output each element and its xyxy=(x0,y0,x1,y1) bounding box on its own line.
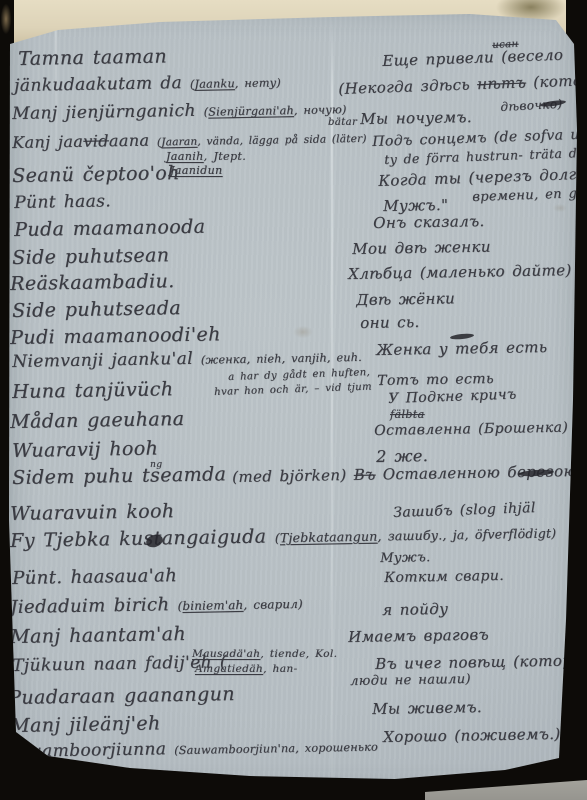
manuscript-line: Хлѣбца (маленько дайте) xyxy=(348,261,572,283)
manuscript-line: Wuaravij hooh xyxy=(12,437,158,462)
manuscript-line: Jaanih, Jtept. xyxy=(166,150,246,163)
text-run: Sidem puhu tseamda xyxy=(12,463,226,489)
manuscript-line: Мы живемъ. xyxy=(372,698,482,718)
text-run: Kanj jaa xyxy=(12,132,83,152)
text-run: , сварил) xyxy=(243,597,303,612)
text-run: Puda maamanooda xyxy=(14,216,206,241)
manuscript-page: NTamna taamanисанЕще привели (веселоjänk… xyxy=(0,0,587,800)
text-run: У Подкне кричъ xyxy=(388,387,517,407)
manuscript-line: люди не нашли) xyxy=(350,672,471,689)
binding-spot xyxy=(0,2,12,36)
manuscript-line: fälbta xyxy=(390,408,425,421)
manuscript-line: Kanj jaavidaana (Jaaran, vända, lägga på… xyxy=(12,127,367,152)
text-run: , tiende, Kol. xyxy=(260,648,337,660)
text-run: Jaaran xyxy=(161,136,197,149)
manuscript-line: Sidem puhu tseamda xyxy=(12,463,226,489)
text-run: Мы ночуемъ. xyxy=(360,108,472,128)
manuscript-line: Mådan gaeuhana xyxy=(10,408,185,433)
manuscript-line: jänkudaakutam da (Jaanku, нету) xyxy=(14,71,281,96)
text-run: (Некогда здѣсь xyxy=(338,75,477,98)
text-run: (которые xyxy=(526,70,587,91)
text-run: (med björken) xyxy=(232,466,354,486)
text-run: Niemvanji jaanku'al xyxy=(12,349,201,372)
text-run: Sienjürgani'ah xyxy=(208,104,294,118)
text-run: hvar hon och är, – vid tjum xyxy=(214,381,372,397)
text-run: , нету) xyxy=(235,76,281,90)
manuscript-line: Мужъ. xyxy=(380,550,431,566)
manuscript-line: Pudi maamanoodi'eh xyxy=(10,323,221,349)
text-run: Въ xyxy=(354,465,376,483)
manuscript-line: Wuaravuin kooh xyxy=(10,500,175,525)
manuscript-line: a har dy gådt en huften, xyxy=(228,367,370,383)
text-run: Manj haantam'ah xyxy=(10,623,186,648)
text-run: Мои двѣ женки xyxy=(352,238,491,258)
text-run: Tjebkataangun xyxy=(280,529,378,546)
manuscript-line: Tamna taaman xyxy=(18,45,167,70)
manuscript-line: Side puhutseada xyxy=(12,297,181,322)
manuscript-line: Онъ сказалъ. xyxy=(373,212,485,232)
text-run: Оставленна (Брошенка) Берёза. xyxy=(374,418,587,439)
text-run: люди не нашли) xyxy=(350,672,471,689)
photo-frame: NTamna taamanисанЕще привели (веселоjänk… xyxy=(0,0,587,800)
text-run: a har dy gådt en huften, xyxy=(228,367,370,383)
manuscript-line: Amgatiedäh, han- xyxy=(195,663,297,675)
text-run: 2 же. xyxy=(376,446,428,466)
text-run: Jiedaduim birich xyxy=(10,594,178,618)
text-run: jänkudaakutam da xyxy=(14,73,190,96)
manuscript-line: Niemvanji jaanku'al (женка, nieh, vanjih… xyxy=(12,346,362,372)
text-run: Хлѣбца (маленько дайте) xyxy=(348,261,572,283)
text-run: aana xyxy=(109,130,157,150)
manuscript-line: Reäskaambadiu. xyxy=(10,270,175,295)
text-run: Pudi maamanoodi'eh xyxy=(10,323,221,349)
text-run: fälbta xyxy=(390,408,425,421)
text-run: Jaanih xyxy=(166,150,204,163)
manuscript-line: Puadaraan gaanangun xyxy=(8,683,235,709)
manuscript-line: я пойду xyxy=(382,600,448,619)
manuscript-line: Mausadä'ah, tiende, Kol. xyxy=(192,648,337,660)
text-run: , han- xyxy=(263,663,297,675)
manuscript-line: Sauamboorjiunna (Sauwamboorjiun'na, хоро… xyxy=(8,736,378,762)
text-run: Мужъ. xyxy=(380,550,431,566)
manuscript-line: Мои двѣ женки xyxy=(352,238,491,258)
text-run: Имаемъ враговъ xyxy=(348,626,489,646)
manuscript-line: Зашибъ (slog ihjäl xyxy=(393,500,536,521)
text-run: biniem'ah xyxy=(182,598,243,613)
text-run: Котким свари. xyxy=(384,568,504,586)
text-run: (Sauwamboorjiun'na, хорошенько xyxy=(174,741,378,758)
text-run: , зашибу., ja, öfverflödigt) xyxy=(377,525,556,543)
text-run: Еще привели (весело xyxy=(382,46,564,70)
manuscript-line: они сь. xyxy=(360,313,420,332)
text-run: Side puhutsean xyxy=(12,244,170,269)
manuscript-line: У Подкне кричъ xyxy=(388,387,517,407)
text-run: Sauamboorjiunna xyxy=(8,739,174,762)
text-run: vid xyxy=(83,131,109,150)
text-run: Мы живемъ. xyxy=(372,698,482,718)
text-run: , ночую) xyxy=(294,103,347,117)
text-run: нѣтъ xyxy=(477,73,527,93)
manuscript-line: Двѣ жёнки xyxy=(356,289,455,309)
text-run: Pünt haas. xyxy=(14,191,111,213)
text-run: Amgatiedäh xyxy=(195,663,263,675)
manuscript-line: Manj haantam'ah xyxy=(10,623,186,648)
text-run: , Jtept. xyxy=(204,150,247,163)
text-run: я пойду xyxy=(382,600,448,619)
text-run: Двѣ жёнки xyxy=(356,289,455,309)
manuscript-line: Huna tanjüvüch xyxy=(12,378,174,403)
manuscript-line: Еще привели (весело xyxy=(382,46,564,70)
text-run: Хорошо (поживемъ.) xyxy=(383,725,561,746)
manuscript-line: hvar hon och är, – vid tjum xyxy=(214,381,372,397)
manuscript-line: Fy Tjebka kustangaiguda (Tjebkataangun, … xyxy=(10,520,556,552)
text-run: Въ ичег повѣщ (которые xyxy=(375,651,587,673)
manuscript-line: Женка у тебя есть xyxy=(376,338,547,359)
manuscript-line: Pünt. haasaua'ah xyxy=(12,565,177,589)
manuscript-line: Тотъ то есть xyxy=(377,371,494,389)
text-run: Manj jienjürnganich xyxy=(12,101,204,124)
manuscript-line: Seanü čeptoo'oh xyxy=(12,162,180,187)
manuscript-line: времени, en gång) xyxy=(472,185,587,205)
text-run: Wuaravij hooh xyxy=(12,437,158,462)
manuscript-line: Pünt haas. xyxy=(14,191,111,213)
text-run: Fy Tjebka kustangaiguda xyxy=(10,525,275,552)
manuscript-line: Manj jienjürnganich (Sienjürgani'ah, ноч… xyxy=(12,98,347,124)
manuscript-line: Puda maamanooda xyxy=(14,216,206,241)
text-run: времени, en gång) xyxy=(472,185,587,205)
text-run: Jaanku xyxy=(194,77,235,91)
text-run: Mådan gaeuhana xyxy=(10,408,185,433)
text-run: Tamna taaman xyxy=(18,45,167,70)
manuscript-line: Хорошо (поживемъ.) xyxy=(383,725,561,746)
manuscript-line: Мы ночуемъ. xyxy=(360,108,472,128)
text-run: Side puhutseada xyxy=(12,297,181,322)
text-run: Pünt. haasaua'ah xyxy=(12,565,177,589)
text-run: Тотъ то есть xyxy=(377,371,494,389)
manuscript-line: (Некогда здѣсь нѣтъ (которые xyxy=(338,70,587,98)
text-run: Huna tanjüvüch xyxy=(12,378,174,403)
manuscript-line: Имаемъ враговъ xyxy=(348,626,489,646)
manuscript-line: Въ ичег повѣщ (которые xyxy=(375,651,587,673)
text-run: Wuaravuin kooh xyxy=(10,500,175,525)
text-run: , vända, lägga på sida (läter) xyxy=(197,133,366,148)
text-run: Женка у тебя есть xyxy=(376,338,547,359)
manuscript-line: Jiedaduim birich (biniem'ah, сварил) xyxy=(10,592,303,618)
text-run: Puadaraan gaanangun xyxy=(8,683,235,709)
manuscript-line: Side puhutsean xyxy=(12,244,170,269)
manuscript-line: 2 же. xyxy=(376,446,428,466)
text-run: Reäskaambadiu. xyxy=(10,270,175,295)
manuscript-line: Оставленна (Брошенка) Берёза. xyxy=(374,418,587,439)
manuscript-line: Manj jileänj'eh xyxy=(10,712,161,737)
manuscript-line: Котким свари. xyxy=(384,568,504,586)
text-run: Seanü čeptoo'oh xyxy=(12,162,180,187)
text-run: Зашибъ (slog ihjäl xyxy=(393,500,536,521)
text-run: Manj jileänj'eh xyxy=(10,712,161,737)
text-run: они сь. xyxy=(360,313,420,332)
book-pages-edge xyxy=(425,780,587,800)
text-run: (женка, nieh, vanjih, euh. xyxy=(201,351,362,367)
text-run: Mausadä'ah xyxy=(192,648,260,660)
text-run: Онъ сказалъ. xyxy=(373,212,485,232)
